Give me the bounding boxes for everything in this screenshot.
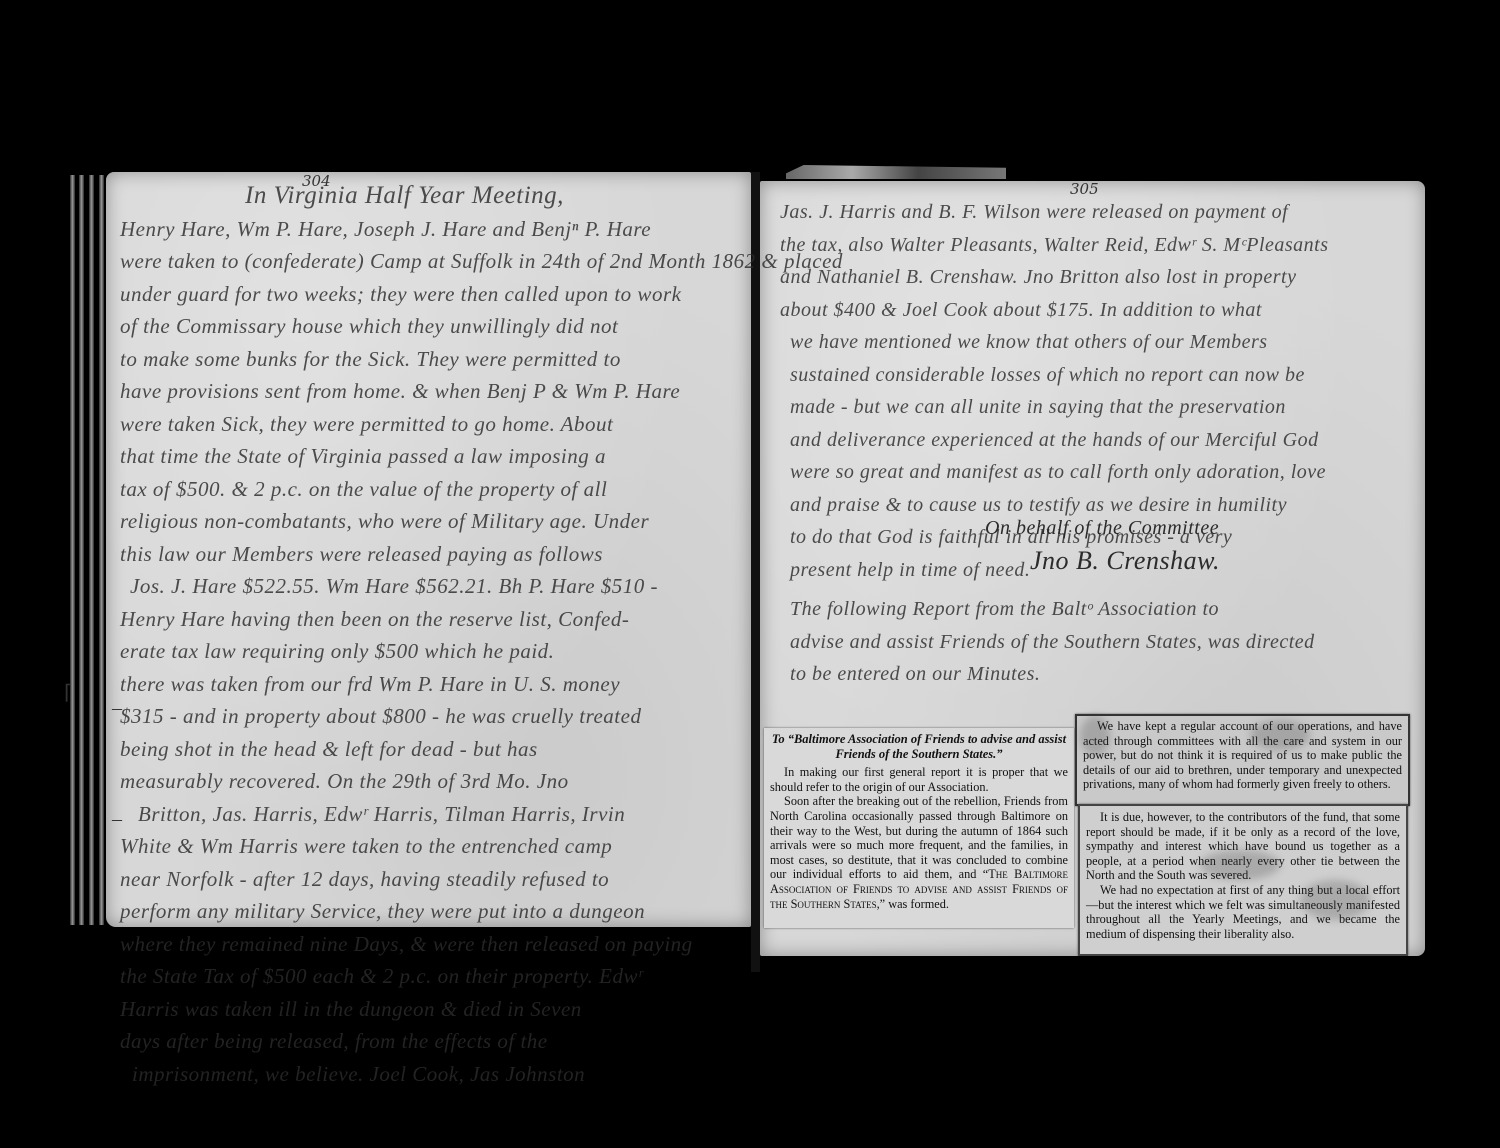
manuscript-line: this law our Members were released payin… — [120, 538, 843, 571]
margin-mark: ⌈ — [64, 680, 72, 705]
manuscript-line: erate tax law requiring only $500 which … — [120, 635, 843, 668]
manuscript-line: Harris was taken ill in the dungeon & di… — [120, 993, 843, 1026]
manuscript-line: measurably recovered. On the 29th of 3rd… — [120, 765, 843, 798]
manuscript-line: made - but we can all unite in saying th… — [780, 391, 1329, 424]
newspaper-clipping-report-intro: To “Baltimore Association of Friends to … — [764, 728, 1074, 928]
manuscript-line: the tax, also Walter Pleasants, Walter R… — [780, 229, 1329, 262]
manuscript-line: to make some bunks for the Sick. They we… — [120, 343, 843, 376]
paper-stain — [1250, 720, 1310, 750]
manuscript-line: and deliverance experienced at the hands… — [780, 424, 1329, 457]
committee-signoff: On behalf of the Committee — [985, 512, 1219, 545]
meeting-title: In Virginia Half Year Meeting, — [120, 180, 843, 213]
clipping-heading-line: Friends of the Southern States.” — [835, 747, 1002, 761]
margin-mark: – — [112, 697, 122, 720]
manuscript-line: there was taken from our frd Wm P. Hare … — [120, 668, 843, 701]
manuscript-line: we have mentioned we know that others of… — [780, 326, 1329, 359]
report-intro: The following Report from the Baltᵒ Asso… — [790, 593, 1315, 691]
manuscript-line: religious non-combatants, who were of Mi… — [120, 505, 843, 538]
manuscript-line: where they remained nine Days, & were th… — [120, 928, 843, 961]
manuscript-line: were so great and manifest as to call fo… — [780, 456, 1329, 489]
manuscript-line: to be entered on our Minutes. — [790, 658, 1315, 691]
manuscript-line: Henry Hare having then been on the reser… — [120, 603, 843, 636]
clipping-paragraph: We have kept a regular account of our op… — [1083, 719, 1402, 792]
manuscript-line: sustained considerable losses of which n… — [780, 359, 1329, 392]
manuscript-line: under guard for two weeks; they were the… — [120, 278, 843, 311]
manuscript-line: perform any military Service, they were … — [120, 895, 843, 928]
book-spine-edges — [70, 175, 108, 925]
margin-mark: – — [112, 808, 122, 831]
manuscript-line: that time the State of Virginia passed a… — [120, 440, 843, 473]
clipping-heading: To “Baltimore Association of Friends to … — [770, 732, 1068, 761]
manuscript-line: $315 - and in property about $800 - he w… — [120, 700, 843, 733]
signature: Jno B. Crenshaw. — [1030, 545, 1220, 578]
manuscript-line: Britton, Jas. Harris, Edwʳ Harris, Tilma… — [120, 798, 843, 831]
manuscript-line: Jos. J. Hare $522.55. Wm Hare $562.21. B… — [120, 570, 843, 603]
paper-stain — [1080, 716, 1110, 756]
left-page-text: In Virginia Half Year Meeting, Henry Har… — [120, 180, 843, 1090]
manuscript-line: of the Commissary house which they unwil… — [120, 310, 843, 343]
manuscript-line: White & Wm Harris were taken to the entr… — [120, 830, 843, 863]
paper-stain — [1300, 880, 1370, 920]
clipping-text: ” was formed. — [880, 897, 949, 911]
manuscript-line: being shot in the head & left for dead -… — [120, 733, 843, 766]
clipping-paragraph: Soon after the breaking out of the rebel… — [770, 794, 1068, 911]
manuscript-line: were taken to (confederate) Camp at Suff… — [120, 245, 843, 278]
manuscript-line: Henry Hare, Wm P. Hare, Joseph J. Hare a… — [120, 213, 843, 246]
clipping-paragraph: In making our first general report it is… — [770, 765, 1068, 794]
manuscript-line: near Norfolk - after 12 days, having ste… — [120, 863, 843, 896]
manuscript-line: have provisions sent from home. & when B… — [120, 375, 843, 408]
manuscript-line: Jas. J. Harris and B. F. Wilson were rel… — [780, 196, 1329, 229]
manuscript-line: The following Report from the Baltᵒ Asso… — [790, 593, 1315, 626]
paper-stain — [1200, 850, 1280, 880]
torn-paper-fragment — [786, 165, 1006, 179]
manuscript-line: imprisonment, we believe. Joel Cook, Jas… — [120, 1058, 843, 1091]
manuscript-line: the State Tax of $500 each & 2 p.c. on t… — [120, 960, 843, 993]
newspaper-clipping-contributors: It is due, however, to the contributors … — [1078, 804, 1408, 956]
newspaper-clipping-accounts: We have kept a regular account of our op… — [1075, 714, 1410, 806]
manuscript-line: advise and assist Friends of the Souther… — [790, 626, 1315, 659]
manuscript-line: about $400 & Joel Cook about $175. In ad… — [780, 294, 1329, 327]
manuscript-line: were taken Sick, they were permitted to … — [120, 408, 843, 441]
manuscript-line: days after being released, from the effe… — [120, 1025, 843, 1058]
manuscript-line: tax of $500. & 2 p.c. on the value of th… — [120, 473, 843, 506]
manuscript-line: and Nathaniel B. Crenshaw. Jno Britton a… — [780, 261, 1329, 294]
clipping-heading-line: To “Baltimore Association of Friends to … — [772, 732, 1066, 746]
